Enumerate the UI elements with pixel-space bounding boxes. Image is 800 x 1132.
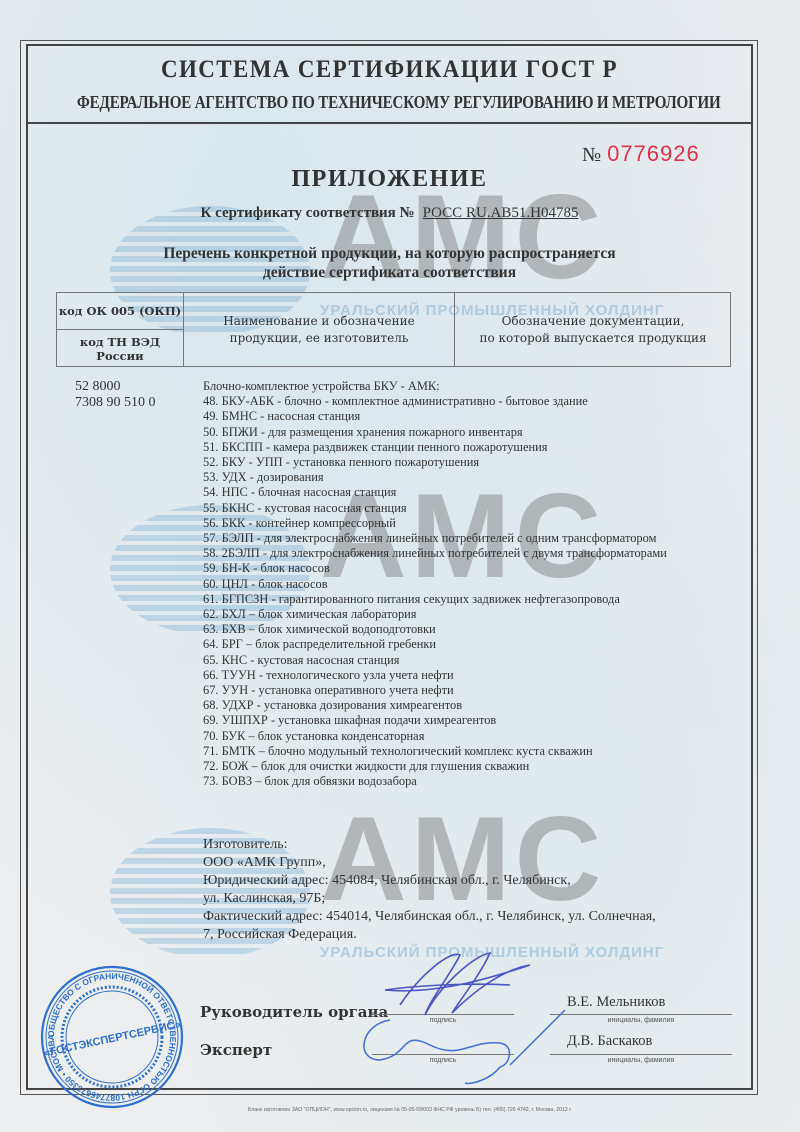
- product-list-item: 61. БГПСЗН - гарантированного питания се…: [203, 592, 667, 607]
- actual-address-line-1: Фактический адрес: 454014, Челябинская о…: [203, 908, 656, 926]
- product-list-item: 65. КНС - кустовая насосная станция: [203, 653, 667, 668]
- header-okp-code: код ОК 005 (ОКП): [56, 292, 184, 329]
- table-header-product-column: Наименование и обозначение продукции, ее…: [184, 292, 455, 367]
- product-list-item: 49. БМНС - насосная станция: [203, 409, 667, 424]
- product-list-item: 62. БХЛ – блок химическая лаборатория: [203, 607, 667, 622]
- appendix-title: ПРИЛОЖЕНИЕ: [26, 166, 753, 193]
- table-header-docs-column: Обозначение документации, по которой вып…: [455, 292, 731, 367]
- head-name-caption: инициалы, фамилия: [550, 1017, 732, 1024]
- expert-name: Д.В. Баскаков: [567, 1033, 652, 1050]
- scope-heading: Перечень конкретной продукции, на котору…: [26, 244, 753, 282]
- product-list-item: 60. ЦНЛ - блок насосов: [203, 577, 667, 592]
- product-list-item: 56. БКК - контейнер компрессорный: [203, 516, 667, 531]
- product-list-item: 58. 2БЭЛП - для электроснабжения линейны…: [203, 546, 667, 561]
- product-list-item: 50. БПЖИ - для размещения хранения пожар…: [203, 425, 667, 440]
- product-list-item: 66. ТУУН - технологического узла учета н…: [203, 668, 667, 683]
- product-list-item: 55. БКНС - кустовая насосная станция: [203, 501, 667, 516]
- header-divider: [26, 122, 753, 124]
- expert-name-caption: инициалы, фамилия: [550, 1057, 732, 1064]
- form-footer: Бланк изготовлен ЗАО "ОПЦИОН", www.opcio…: [200, 1107, 620, 1113]
- manufacturer-label: Изготовитель:: [203, 836, 656, 854]
- serial-number: №0776926: [582, 141, 700, 167]
- expert-signature-icon: [350, 1005, 570, 1085]
- agency-title: ФЕДЕРАЛЬНОЕ АГЕНТСТВО ПО ТЕХНИЧЕСКОМУ РЕ…: [77, 92, 702, 113]
- product-list-item: 51. БКСПП - камера раздвижек станции пен…: [203, 440, 667, 455]
- header-docs-line-2: по которой выпускается продукция: [479, 330, 706, 347]
- certificate-label: К сертификату соответствия №: [201, 205, 415, 221]
- product-list-item: 64. БРГ – блок распределительной гребенк…: [203, 637, 667, 652]
- actual-address-line-2: 7, Российская Федерация.: [203, 926, 656, 944]
- product-list-item: 68. УДХР - установка дозирования химреаг…: [203, 698, 667, 713]
- product-list-item: 70. БУК – блок установка конденсаторная: [203, 729, 667, 744]
- product-list: Блочно-комплектюе устройства БКУ - АМК: …: [203, 379, 681, 789]
- product-list-item: 59. БН-К - блок насосов: [203, 561, 667, 576]
- product-list-item: 52. БКУ - УПП - установка пенного пожаро…: [203, 455, 667, 470]
- table-header-row-divider: [56, 329, 184, 330]
- product-list-item: 48. БКУ-АБК - блочно - комплектное админ…: [203, 394, 667, 409]
- manufacturer-block: Изготовитель: ООО «АМК Групп», Юридическ…: [203, 836, 656, 944]
- manufacturer-name: ООО «АМК Групп»,: [203, 854, 656, 872]
- serial-value: 0776926: [607, 141, 700, 166]
- scope-line-2: действие сертификата соответствия: [26, 263, 753, 282]
- product-list-item: 67. УУН - установка оперативного учета н…: [203, 683, 667, 698]
- tnved-code: 7308 90 510 0: [75, 395, 156, 411]
- product-list-item: 73. БОВЗ – блок для обвязки водозабора: [203, 774, 667, 789]
- certificate-number: РОСС RU.AB51.H04785: [423, 205, 579, 221]
- product-list-intro: Блочно-комплектюе устройства БКУ - АМК:: [203, 379, 667, 394]
- head-name: В.Е. Мельников: [567, 994, 665, 1011]
- product-list-item: 69. УШПХР - установка шкафная подачи хим…: [203, 713, 667, 728]
- product-list-item: 71. БМТК – блочно модульный технологичес…: [203, 744, 667, 759]
- product-list-item: 72. БОЖ – блок для очистки жидкости для …: [203, 759, 667, 774]
- expert-name-line: [550, 1054, 732, 1055]
- expert-label: Эксперт: [200, 1041, 272, 1059]
- product-list-item: 54. НПС - блочная насосная станция: [203, 485, 667, 500]
- legal-address-line-1: Юридический адрес: 454084, Челябинская о…: [203, 872, 656, 890]
- official-stamp-icon: ОБЩЕСТВО С ОГРАНИЧЕННОЙ ОТВЕТСТВЕННОСТЬЮ…: [37, 962, 187, 1112]
- scope-line-1: Перечень конкретной продукции, на котору…: [26, 244, 753, 263]
- certificate-reference: К сертификату соответствия №РОСС RU.AB51…: [26, 205, 753, 222]
- header-product-line-1: Наименование и обозначение: [223, 313, 414, 330]
- header-docs-line-1: Обозначение документации,: [479, 313, 706, 330]
- product-list-item: 63. БХВ – блок химической водоподготовки: [203, 622, 667, 637]
- head-name-line: [550, 1014, 732, 1015]
- header-tnved-code: код ТН ВЭД России: [56, 330, 184, 367]
- serial-prefix: №: [582, 144, 601, 166]
- legal-address-line-2: ул. Каслинская, 97Б;: [203, 890, 656, 908]
- product-list-item: 53. УДХ - дозирования: [203, 470, 667, 485]
- header-product-line-2: продукции, ее изготовитель: [223, 330, 414, 347]
- system-title: СИСТЕМА СЕРТИФИКАЦИИ ГОСТ Р: [55, 56, 724, 84]
- product-codes: 52 8000 7308 90 510 0: [75, 379, 156, 411]
- product-list-item: 57. БЭЛП - для электроснабжения линейных…: [203, 531, 667, 546]
- okp-code: 52 8000: [75, 379, 156, 395]
